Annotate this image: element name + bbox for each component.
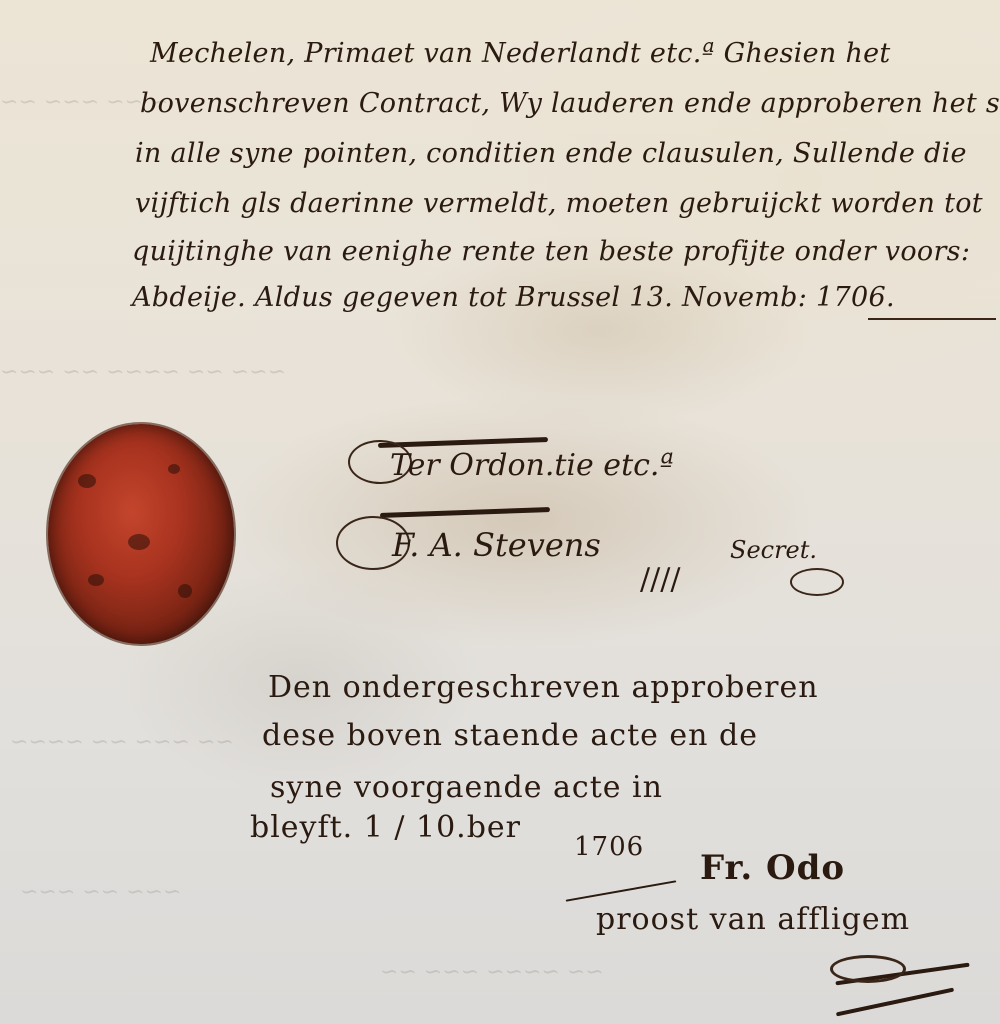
bleed-through-text: ~~~ ~~ ~~~~ ~~ ~~~	[0, 360, 286, 385]
bleed-through-text: ~~ ~~~~ ~~~ ~~	[380, 960, 604, 985]
bleed-through-text: ~~ ~~~ ~~ ~~~~	[10, 730, 234, 755]
underline-stroke	[566, 880, 677, 901]
flourish-stroke	[380, 507, 550, 518]
signature-loop	[830, 955, 906, 983]
abbot-name: Fr. Odo	[700, 848, 845, 888]
approval-line-1: Mechelen, Primaet van Nederlandt etc.ª G…	[150, 38, 891, 69]
approval-line-3: in alle syne pointen, conditien ende cla…	[135, 138, 967, 169]
approval-line-2: bovenschreven Contract, Wy lauderen ende…	[140, 88, 1000, 119]
paraph-hatch: ////	[640, 562, 680, 597]
abbot-title: proost van affligem	[596, 902, 910, 937]
note-year: 1706	[574, 832, 644, 862]
signature-flourish	[836, 988, 954, 1017]
note-line-4: bleyft. 1 / 10.ber	[250, 810, 521, 845]
note-line-1: Den ondergeschreven approberen	[268, 670, 819, 705]
secretary-title: Secret.	[730, 536, 817, 564]
bleed-through-text: ~~~ ~~ ~~~	[20, 880, 181, 905]
date-underline	[868, 318, 996, 320]
note-line-3: syne voorgaende acte in	[270, 770, 663, 805]
paraph-loop	[790, 568, 844, 596]
document-page: ~ ~~ ~~~ ~~ ~~~ ~~ ~~~~ ~~ ~~~ ~~ ~~~ ~~…	[0, 0, 1000, 1024]
approval-line-5: quijtinghe van eenighe rente ten beste p…	[132, 236, 970, 267]
wax-seal	[48, 424, 234, 644]
note-line-2: dese boven staende acte en de	[262, 718, 758, 753]
order-line: Ter Ordon.tie etc.ª	[390, 448, 674, 483]
approval-line-6: Abdeije. Aldus gegeven tot Brussel 13. N…	[132, 282, 895, 313]
approval-line-4: vijftich gls daerinne vermeldt, moeten g…	[135, 188, 983, 219]
secretary-name: F. A. Stevens	[392, 526, 601, 564]
